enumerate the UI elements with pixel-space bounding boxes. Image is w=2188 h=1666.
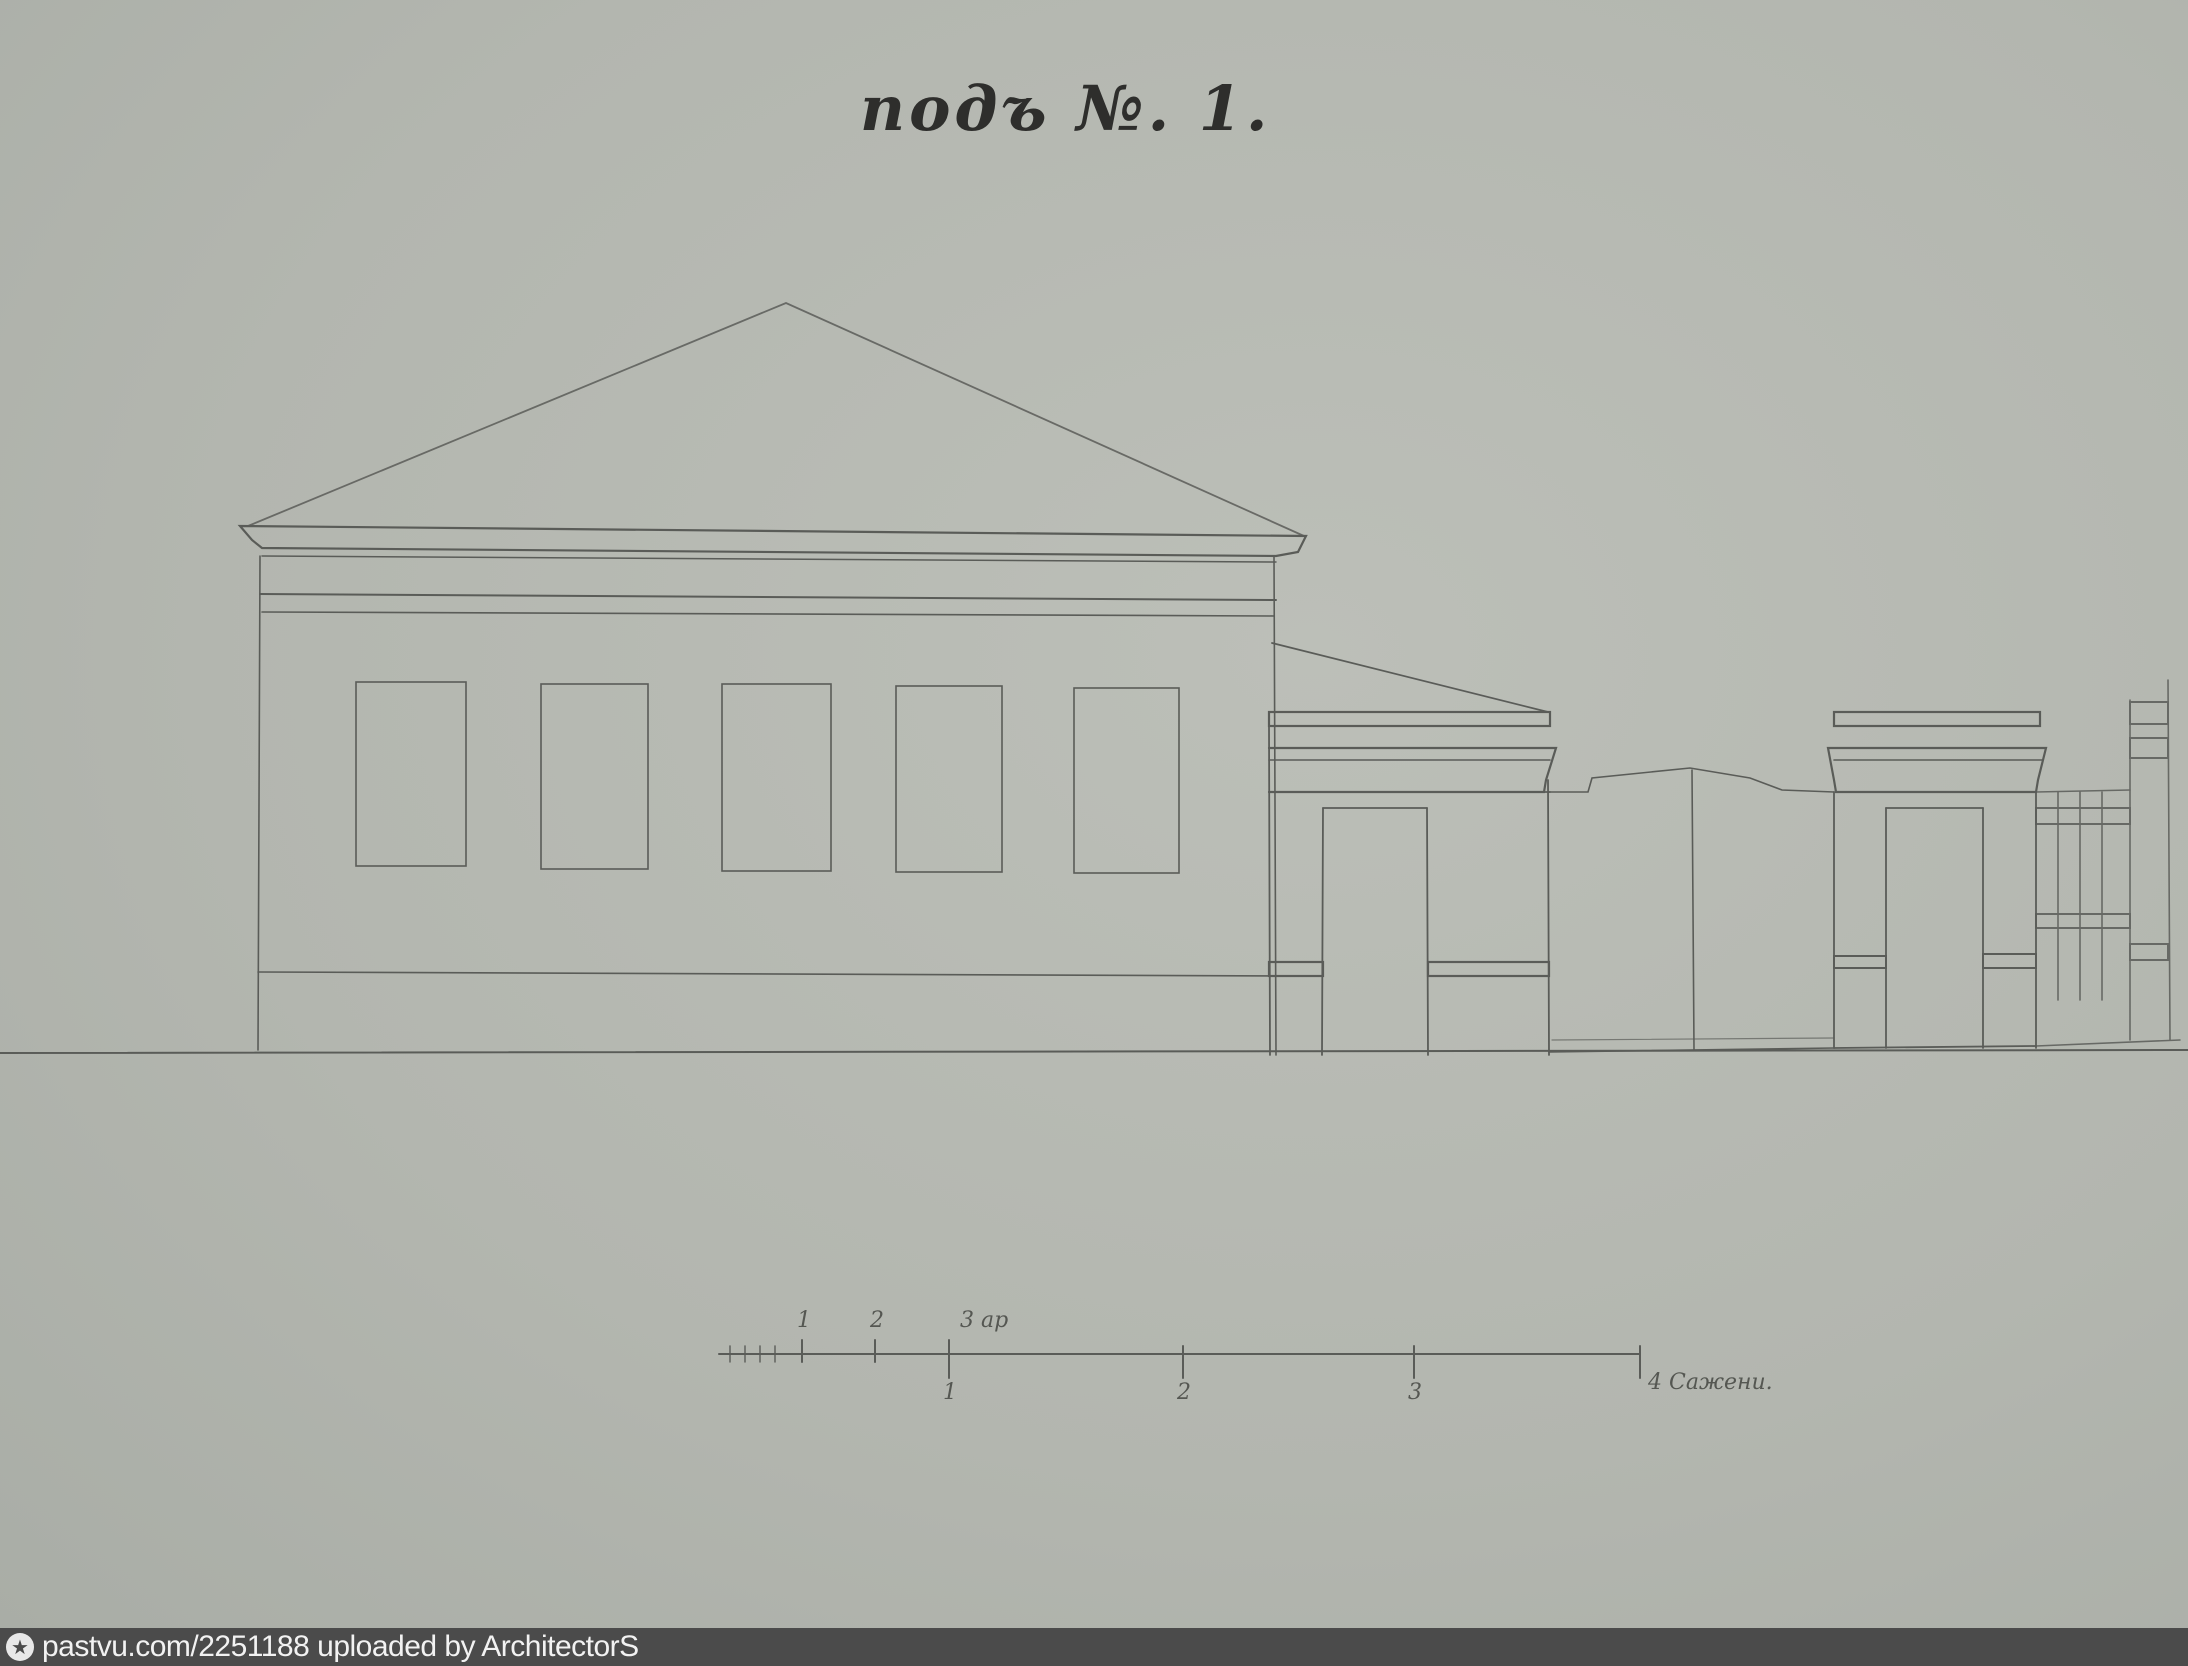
scale-major-label-1: 1 — [943, 1380, 957, 1405]
watermark-bar: ★ pastvu.com/2251188 uploaded by Archite… — [0, 1628, 2188, 1666]
scale-small-label-2: 2 — [870, 1308, 884, 1333]
scale-major-label-3: 3 — [1408, 1380, 1422, 1405]
scale-end-label: 4 Сажени. — [1648, 1370, 1773, 1395]
left-annex — [1269, 643, 1556, 1055]
scale-small-label-1: 1 — [797, 1308, 811, 1333]
scale-major-label-2: 2 — [1177, 1380, 1191, 1405]
ground-line — [0, 1050, 2188, 1053]
fence — [2036, 680, 2180, 1046]
scale-bar — [719, 1340, 1640, 1378]
gate-wall — [1549, 768, 1834, 1052]
star-icon: ★ — [6, 1633, 34, 1661]
right-annex — [1828, 712, 2046, 1048]
main-house — [240, 303, 1306, 1055]
scale-small-label-3: 3 ар — [960, 1308, 1008, 1333]
elevation-drawing — [0, 0, 2188, 1628]
watermark-text: pastvu.com/2251188 uploaded by Architect… — [42, 1630, 639, 1664]
